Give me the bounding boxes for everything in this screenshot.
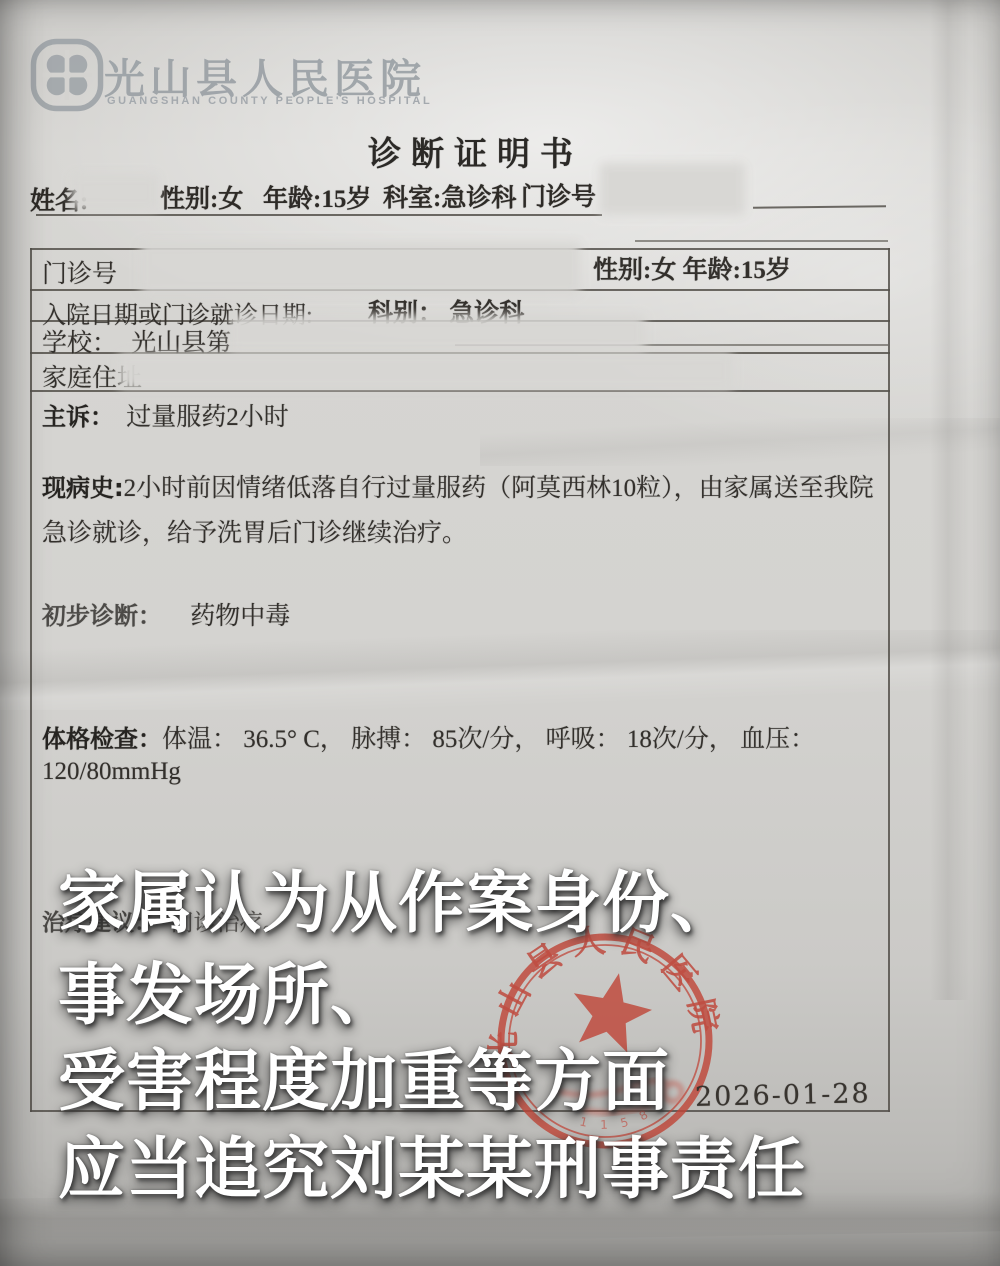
paper-crease xyxy=(480,418,1000,466)
physical-exam-line2: 120/80mmHg xyxy=(42,758,181,786)
present-illness-line1: 现病史:2小时前因情绪低落自行过量服药（阿莫西林10粒），由家属送至我院 xyxy=(42,468,874,504)
table-left-border xyxy=(30,248,32,1112)
diagnosis-label: 初步诊断： xyxy=(42,602,162,630)
redacted-school-value xyxy=(230,315,645,351)
redacted-name-value xyxy=(72,174,158,210)
chief-complaint-row: 主诉： 过量服药2小时 xyxy=(42,397,289,433)
redacted-outpatient-no-cell xyxy=(140,242,580,294)
document-title: 诊断证明书 xyxy=(368,128,583,175)
physical-exam-text: 体温： 36.5° C， 脉搏： 85次/分， 呼吸： 18次/分， 血压： xyxy=(162,726,815,753)
present-illness-label: 现病史: xyxy=(42,474,124,502)
name-row-underline xyxy=(36,214,602,216)
table-row-line xyxy=(30,390,890,392)
paper-crease xyxy=(0,630,1000,710)
physical-exam-label: 体格检查： xyxy=(42,725,162,753)
diagnosis-row: 初步诊断： 药物中毒 xyxy=(42,596,290,632)
outpatient-no-label: 门诊号 xyxy=(521,177,596,213)
gender-age-cell: 性别:女 年龄:15岁 xyxy=(593,257,791,284)
hospital-name-english: GUANGSHAN COUNTY PEOPLE'S HOSPITAL xyxy=(107,95,432,107)
physical-exam-line1: 体格检查：体温： 36.5° C， 脉搏： 85次/分， 呼吸： 18次/分， … xyxy=(42,719,815,755)
table-row-line xyxy=(635,240,888,242)
school-label: 学校： xyxy=(42,330,117,357)
blood-pressure-value: 120/80mmHg xyxy=(42,758,181,785)
age-value: 年龄:15岁 xyxy=(263,179,371,215)
table-right-border xyxy=(888,248,890,1112)
chief-complaint-label: 主诉： xyxy=(42,403,114,431)
chief-complaint-value: 过量服药2小时 xyxy=(126,404,289,431)
paper-crease xyxy=(930,0,970,1000)
subtitle-line-3: 受害程度加重等方面 xyxy=(58,1028,670,1124)
present-illness-text: 急诊就诊，给予洗胃后门诊继续治疗。 xyxy=(42,520,467,547)
department-value: 科室:急诊科 xyxy=(383,178,516,214)
subtitle-line-2: 事发场所、 xyxy=(58,942,398,1038)
table-row: 门诊号 xyxy=(42,254,117,290)
redacted-home-address xyxy=(118,353,733,389)
table-row: 性别:女 年龄:15岁 xyxy=(593,250,791,286)
outpatient-no-underline xyxy=(753,205,886,208)
redacted-outpatient-no xyxy=(600,163,745,215)
subtitle-line-4: 应当追究刘某某刑事责任 xyxy=(58,1116,806,1212)
outpatient-no-cell-label: 门诊号 xyxy=(42,261,117,288)
certificate-date: 2026-01-28 xyxy=(695,1078,871,1113)
diagnosis-value: 药物中毒 xyxy=(190,603,290,630)
present-illness-line2: 急诊就诊，给予洗胃后门诊继续治疗。 xyxy=(42,513,467,549)
gender-value: 性别:女 xyxy=(160,179,243,215)
photographed-diagnosis-certificate: 光山县人民医院 GUANGSHAN COUNTY PEOPLE'S HOSPIT… xyxy=(0,0,1000,1266)
subtitle-line-1: 家属认为从作案身份、 xyxy=(58,850,738,946)
hospital-logo-icon xyxy=(28,34,106,116)
present-illness-text: 2小时前因情绪低落自行过量服药（阿莫西林10粒），由家属送至我院 xyxy=(124,475,874,502)
